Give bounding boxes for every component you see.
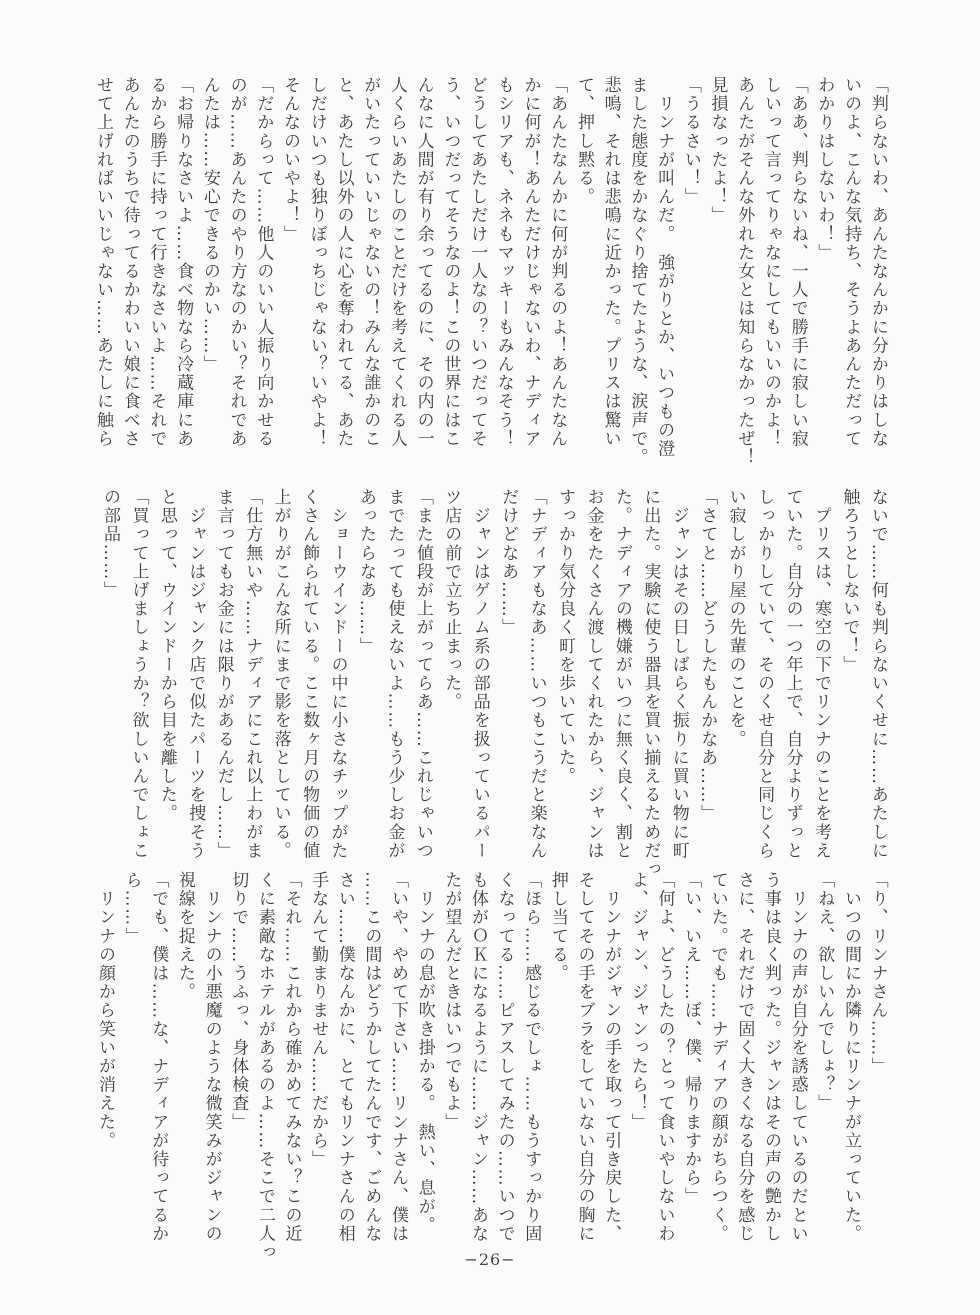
text-column: んなに人間が有り余ってるのに、その内の一 (415, 76, 432, 448)
text-column: 「それ……これから確かめてみない？この近 (282, 871, 299, 1243)
text-column: 人くらいあたしのことだけを考えてくれる人 (388, 76, 405, 448)
text-column: だけどなあ……」 (499, 488, 516, 637)
text-column: くに素敵なホテルがあるのよ……そこで二人っ (256, 871, 273, 1262)
text-column: もシリアも、ネネもマッキーもみんなそう！ (495, 76, 512, 448)
text-column: しいって言ってりゃなにしてもいいのかよ！ (762, 76, 779, 448)
text-column: 「り、リンナさん……」 (869, 871, 886, 1076)
text-column: ジャンはジャンク店で似たパーツを捜そう (186, 488, 203, 860)
scanned-page: 「判らないわ、あんたなんかに分かりはしないのよ、こんな気持ち、そうよあんただって… (0, 0, 980, 1315)
text-column: 悲鳴、それは悲鳴に近かった。プリスは驚い (602, 76, 619, 448)
text-column: 「ああ、判らないね、一人で勝手に寂しい寂 (789, 76, 806, 448)
text-column: 「お帰りなさいよ……食べ物なら冷蔵庫にあ (174, 76, 191, 448)
text-column: 「何よ、どうしたの？とって食いやしないわ (655, 871, 672, 1243)
text-column: いのよ、こんな気持ち、そうよあんただって (842, 76, 859, 448)
text-column: 「い、いえ……ぼ、僕、帰りますから」 (682, 871, 699, 1206)
text-column: 「判らないわ、あんたなんかに分かりはしな (869, 76, 886, 448)
text-column: しっかりしていて、そのくせ自分と同じくら (755, 488, 772, 860)
text-column: の部品……」 (101, 488, 118, 600)
text-column: ジャンはゲノム系の部品を扱っているパー (471, 488, 488, 860)
text-column: そしてその手をブラをしていない自分の胸に (576, 871, 593, 1243)
text-column: リンナがジャンの手を取って引き戻した、 (602, 871, 619, 1243)
text-column: リンナの声が自分を誘惑しているのだとい (789, 871, 806, 1243)
text-column: プリスは、寒空の下でリンナのことを考え (812, 488, 829, 860)
text-column: い寂しがり屋の先輩のことを。 (727, 488, 744, 748)
text-column: 「また値段が上がってらあ……これじゃいつ (414, 488, 431, 860)
page-number: −26− (0, 1250, 980, 1269)
text-column: までたっても使えないよ……もう少しお金が (385, 488, 402, 860)
text-column: るから勝手に持って行きなさいよ……それで (147, 76, 164, 448)
text-column: のが……あんたのやり方なのかい？それであ (228, 76, 245, 448)
text-column: 「ナディアもなあ……いつもこうだと楽なん (528, 488, 545, 860)
text-column: リンナの息が吹き掛かる。 熱い、息が。 (416, 871, 433, 1235)
text-column: お金をたくさん渡してくれたから、ジャンは (584, 488, 601, 860)
text-column: さに、それだけで固く大きくなる自分を感じ (735, 871, 752, 1243)
text-column: がいたっていいじゃないの！みんな誰かのこ (361, 76, 378, 448)
text-column: リンナが叫んだ。 強がりとか、いつもの澄 (655, 76, 672, 458)
text-column: と、あたし以外の人に心を奪われてる、あた (334, 76, 351, 448)
text-column: 押し当てる。 (549, 871, 566, 983)
text-block-1: 「判らないわ、あんたなんかに分かりはしないのよ、こんな気持ち、そうよあんただって… (94, 76, 886, 467)
text-column: どうしてあたしだけ一人なの？いつだってそ (468, 76, 485, 448)
text-column: かに何が！あんただけじゃないわ、ナディア (522, 76, 539, 448)
text-column: ていた。でも……ナディアの顔がちらつく。 (709, 871, 726, 1243)
text-column: せて上げればいいじゃない……あたしに触ら (94, 76, 111, 448)
text-column: 「うるさい！」 (682, 76, 699, 206)
text-column: ていた。自分の一つ年上で、自分よりずっと (784, 488, 801, 860)
text-column: たが望んだときはいつでもよ」 (442, 871, 459, 1131)
text-column: 「いや、やめて下さい……リンナさん、僕は (389, 871, 406, 1243)
text-column: いつの間にか隣りにリンナが立っていた。 (842, 871, 859, 1243)
text-column: くさん飾られている。ここ数ヶ月の物価の値 (300, 488, 317, 860)
text-column: よ、ジャン、ジャンったら！」 (629, 871, 646, 1131)
text-column: あんたのうちで待ってるかわいい娘に食べさ (121, 76, 138, 448)
text-column: 切りで……うふっ、身体検査」 (229, 871, 246, 1131)
text-column: しだけいつも独りぼっちじゃない？いやよ！ (308, 76, 325, 448)
text-column: に出た。実験に使う器具を買い揃えるためだっ (641, 488, 658, 879)
text-column: ま言ってもお金には限りがあるんだし……」 (215, 488, 232, 860)
text-column: 「でも、僕は……な、ナディアが待ってるか (149, 871, 166, 1243)
text-column: あったらなあ……」 (357, 488, 374, 655)
text-column: 「あんたなんかに何が判るのよ！あんたなん (548, 76, 565, 448)
text-column: ジャンはその日しばらく振りに買い物に町 (670, 488, 687, 860)
text-column: 「ねえ、欲しいんでしょ？」 (815, 871, 832, 1113)
text-column: う事は良く判った。ジャンはその声の艶かし (762, 871, 779, 1243)
text-block-3: 「り、リンナさん……」 いつの間にか隣りにリンナが立っていた。「ねえ、欲しいんで… (96, 871, 886, 1262)
text-column: 視線を捉えた。 (176, 871, 193, 1001)
text-column: リンナの小悪魔のような微笑みがジャンの (203, 871, 220, 1243)
text-column: 触ろうとしないで！」 (840, 488, 857, 674)
text-column: 手なんて勤まりません……だから」 (309, 871, 326, 1169)
text-column: て、押し黙る。 (575, 76, 592, 206)
page-background: { "colors": { "paper": "#fbfbf9", "ink":… (0, 0, 980, 1315)
text-column: ました態度をかなぐり捨てたような、涙声で。 (628, 76, 645, 467)
text-column: 「さてと……どうしたもんかなあ……」 (698, 488, 715, 823)
text-column: ら……」 (123, 871, 140, 945)
text-column: ないで……何も判らないくせに……あたしに (869, 488, 886, 860)
text-column: くなってる……ピアスしてみたの……いつで (496, 871, 513, 1243)
text-column: すっかり気分良く町を歩いていた。 (556, 488, 573, 786)
text-column: ……この間はどうかしてたんです、ごめんな (362, 871, 379, 1243)
text-column: さい……僕なんかに、とてもリンナさんの相 (336, 871, 353, 1243)
text-column: あんたがそんな外れた女とは知らなかったぜ！ (735, 76, 752, 467)
text-column: ショーウインドーの中に小さなチップがた (329, 488, 346, 860)
text-block-2: ないで……何も判らないくせに……あたしに触ろうとしないで！」 プリスは、寒空の下… (101, 488, 886, 879)
text-column: 見損なったよ！」 (709, 76, 726, 225)
text-column: 上がりがこんな所にまで影を落としている。 (272, 488, 289, 860)
text-column: 「買って上げましょうか？欲しいんでしょこ (129, 488, 146, 860)
text-column: も体がＯＫになるように……ジャン……あな (469, 871, 486, 1243)
text-column: わかりはしないわ！」 (815, 76, 832, 262)
text-column: 「ほら……感じるでしょ……もうすっかり固 (522, 871, 539, 1243)
text-column: と思って、ウインドーから目を離した。 (158, 488, 175, 823)
text-column: そんなのいやよ！」 (281, 76, 298, 243)
text-column: ツ店の前で立ち止まった。 (442, 488, 459, 711)
text-column: 「だからって……他人のいい人振り向かせる (254, 76, 271, 448)
text-column: う、いつだってそうなのよ！この世界にはこ (441, 76, 458, 448)
text-column: た。ナディアの機嫌がいつに無く良く、割と (613, 488, 630, 860)
text-column: リンナの顔から笑いが消えた。 (96, 871, 113, 1150)
text-column: 「仕方無いや……ナディアにこれ以上わがま (243, 488, 260, 860)
text-column: んたは……安心できるのかい……」 (201, 76, 218, 374)
